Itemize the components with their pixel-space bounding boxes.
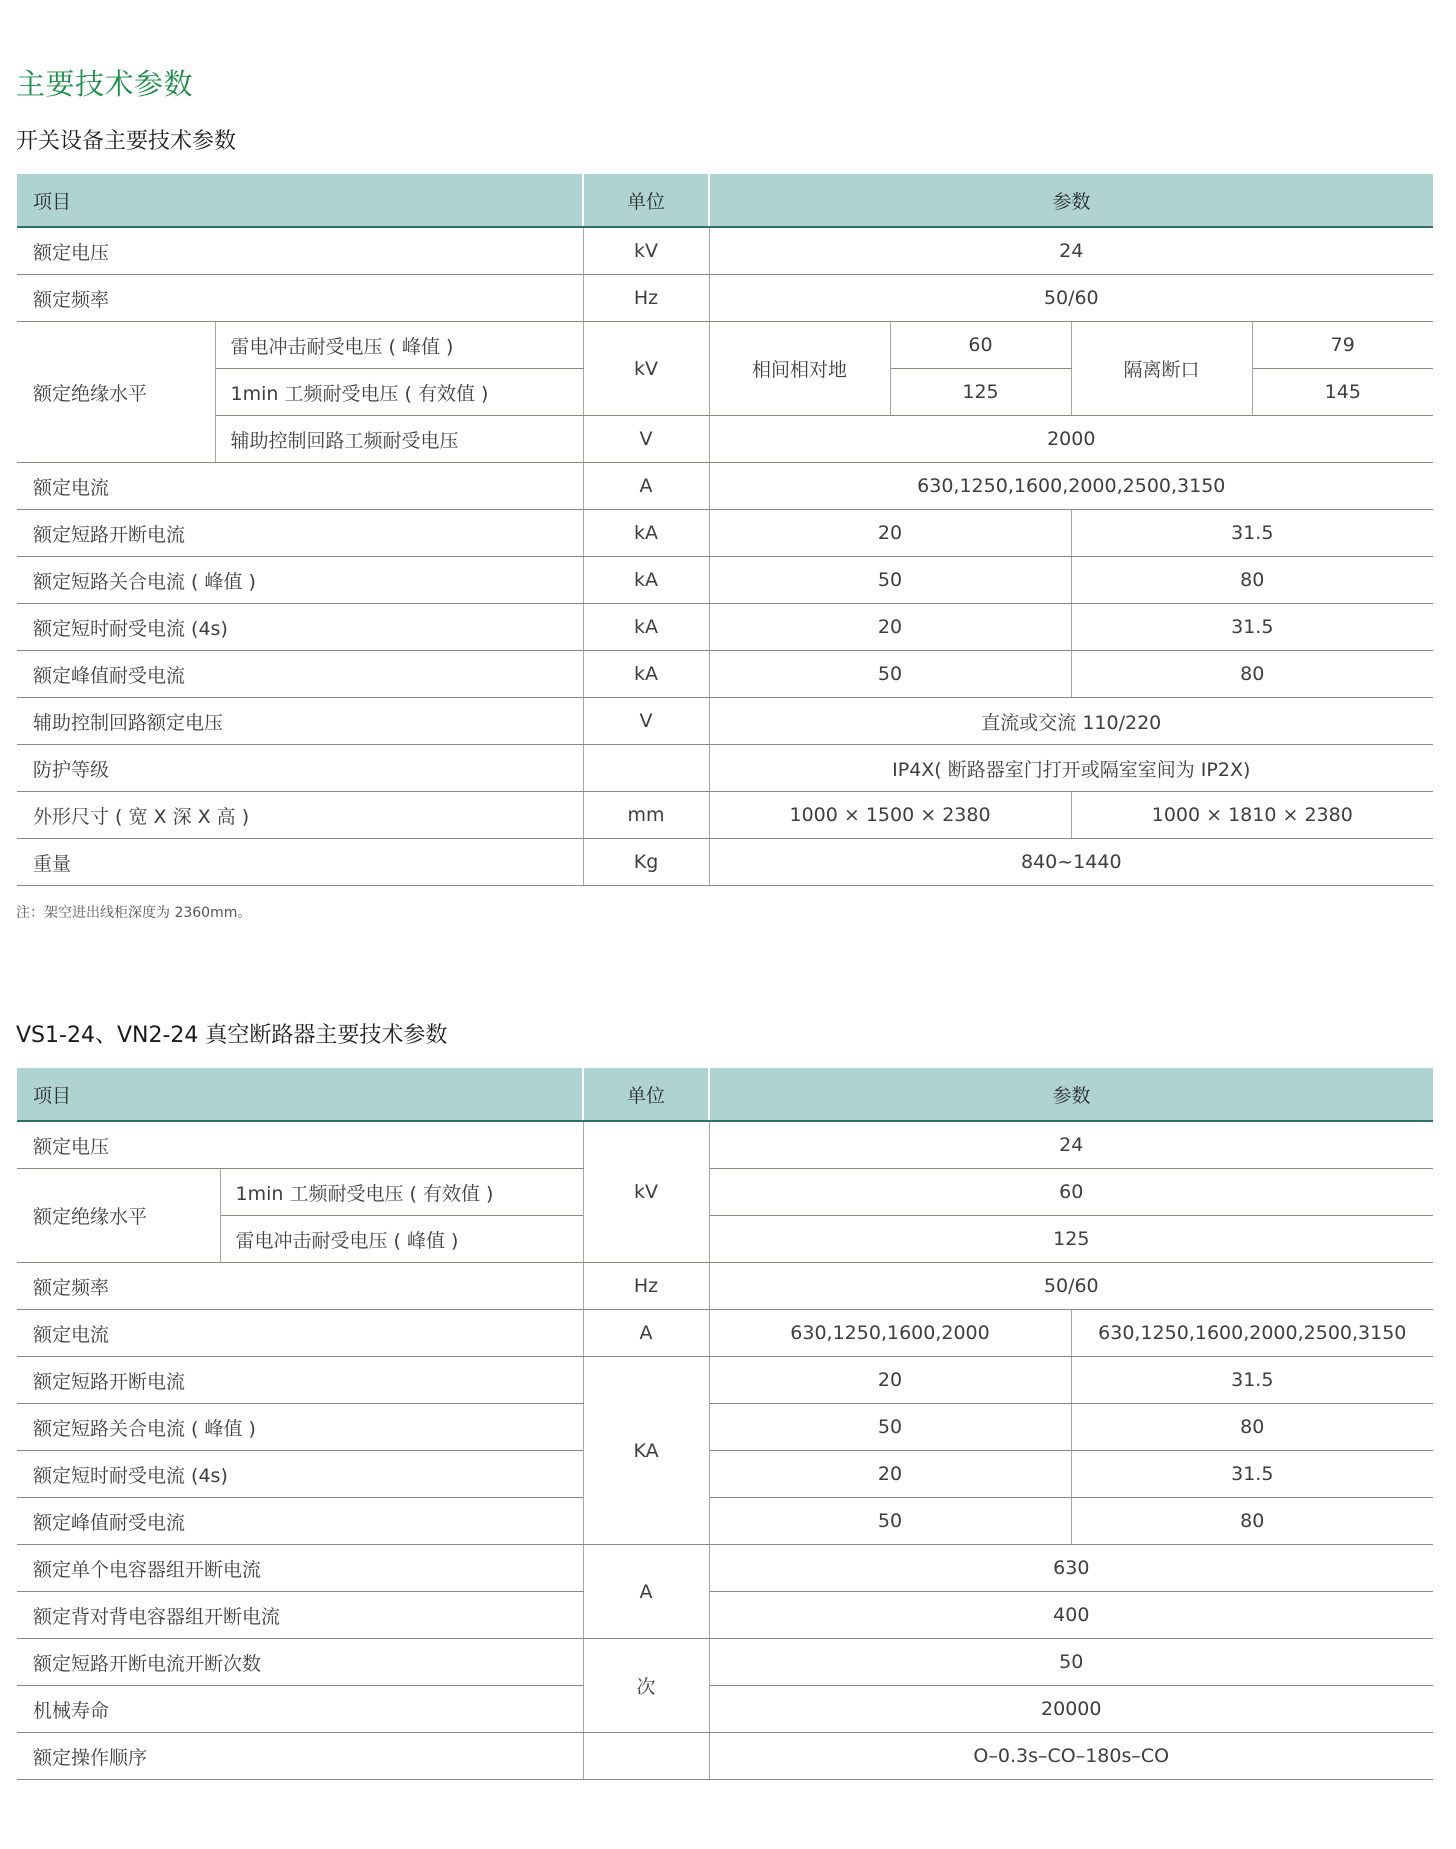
- table-header-row: 项目 单位 参数: [17, 1068, 1433, 1121]
- row-value: 1000 × 1810 × 2380: [1071, 792, 1433, 839]
- sub-row-label: 1min 工频耐受电压 ( 有效值 ): [215, 369, 583, 416]
- row-value: 80: [1071, 1498, 1433, 1545]
- table-row: 额定电压 kV 24: [17, 227, 1433, 275]
- row-label: 额定绝缘水平: [17, 322, 215, 463]
- switchgear-spec-table: 项目 单位 参数 额定电压 kV 24 额定频率 Hz 50/60 额定绝缘水平…: [17, 174, 1433, 886]
- row-unit: kV: [583, 322, 709, 416]
- row-value: 60: [709, 1169, 1433, 1216]
- table-row: 额定频率 Hz 50/60: [17, 1263, 1433, 1310]
- row-label: 额定短路开断电流: [17, 1357, 583, 1404]
- row-unit: [583, 745, 709, 792]
- sub-row-label: 1min 工频耐受电压 ( 有效值 ): [220, 1169, 583, 1216]
- row-unit: Hz: [583, 1263, 709, 1310]
- row-value: 50/60: [709, 275, 1433, 322]
- row-label: 额定频率: [17, 1263, 583, 1310]
- row-label: 辅助控制回路额定电压: [17, 698, 583, 745]
- row-label: 额定频率: [17, 275, 583, 322]
- row-label: 额定短路开断电流: [17, 510, 583, 557]
- row-value: 840~1440: [709, 839, 1433, 886]
- header-unit: 单位: [583, 174, 709, 227]
- row-value: 50: [709, 1639, 1433, 1686]
- table-row: 额定电流 A 630,1250,1600,2000,2500,3150: [17, 463, 1433, 510]
- table-row: 额定单个电容器组开断电流 A 630: [17, 1545, 1433, 1592]
- row-label: 额定电压: [17, 227, 583, 275]
- row-label: 机械寿命: [17, 1686, 583, 1733]
- table-row: 额定背对背电容器组开断电流 400: [17, 1592, 1433, 1639]
- header-param: 参数: [709, 1068, 1433, 1121]
- table-row: 额定绝缘水平 雷电冲击耐受电压 ( 峰值 ) kV 相间相对地 60 隔离断口 …: [17, 322, 1433, 369]
- row-label: 额定短路关合电流 ( 峰值 ): [17, 1404, 583, 1451]
- row-value: 50: [709, 651, 1071, 698]
- table-row: 辅助控制回路额定电压 V 直流或交流 110/220: [17, 698, 1433, 745]
- table-row: 额定短路开断电流 kA 20 31.5: [17, 510, 1433, 557]
- row-label: 外形尺寸 ( 宽 X 深 X 高 ): [17, 792, 583, 839]
- row-unit: kV: [583, 1121, 709, 1263]
- row-label: 额定单个电容器组开断电流: [17, 1545, 583, 1592]
- table-row: 额定短路开断电流开断次数 次 50: [17, 1639, 1433, 1686]
- row-value: 24: [709, 1121, 1433, 1169]
- row-value: 1000 × 1500 × 2380: [709, 792, 1071, 839]
- table-row: 额定绝缘水平 1min 工频耐受电压 ( 有效值 ) 60: [17, 1169, 1433, 1216]
- row-value: 630,1250,1600,2000,2500,3150: [709, 463, 1433, 510]
- table-row: 额定操作顺序 O–0.3s–CO–180s–CO: [17, 1733, 1433, 1780]
- table-row: 雷电冲击耐受电压 ( 峰值 ) 125: [17, 1216, 1433, 1263]
- row-unit: kA: [583, 510, 709, 557]
- row-label: 额定绝缘水平: [17, 1169, 220, 1263]
- row-label: 额定电流: [17, 1310, 583, 1357]
- table-row: 外形尺寸 ( 宽 X 深 X 高 ) mm 1000 × 1500 × 2380…: [17, 792, 1433, 839]
- row-label: 重量: [17, 839, 583, 886]
- row-label: 额定短路关合电流 ( 峰值 ): [17, 557, 583, 604]
- row-unit: KA: [583, 1357, 709, 1545]
- row-value: 31.5: [1071, 1357, 1433, 1404]
- row-unit: kA: [583, 651, 709, 698]
- table-row: 机械寿命 20000: [17, 1686, 1433, 1733]
- row-value: 31.5: [1071, 1451, 1433, 1498]
- row-label: 额定短路开断电流开断次数: [17, 1639, 583, 1686]
- row-value: 2000: [709, 416, 1433, 463]
- row-value: 20: [709, 604, 1071, 651]
- row-value: 630,1250,1600,2000: [709, 1310, 1071, 1357]
- row-label: 额定峰值耐受电流: [17, 1498, 583, 1545]
- row-unit: A: [583, 1310, 709, 1357]
- row-value: 79: [1252, 322, 1433, 369]
- header-item: 项目: [17, 174, 583, 227]
- row-value: 630,1250,1600,2000,2500,3150: [1071, 1310, 1433, 1357]
- row-unit: 次: [583, 1639, 709, 1733]
- row-value: 20: [709, 1451, 1071, 1498]
- row-value: O–0.3s–CO–180s–CO: [709, 1733, 1433, 1780]
- row-unit: kA: [583, 604, 709, 651]
- row-value: 50: [709, 557, 1071, 604]
- row-label: 额定电压: [17, 1121, 583, 1169]
- table-row: 重量 Kg 840~1440: [17, 839, 1433, 886]
- table-row: 额定频率 Hz 50/60: [17, 275, 1433, 322]
- row-value: 400: [709, 1592, 1433, 1639]
- table-note: 注：架空进出线柜深度为 2360mm。: [16, 902, 251, 922]
- row-label: 防护等级: [17, 745, 583, 792]
- row-unit: A: [583, 1545, 709, 1639]
- sub-row-label: 雷电冲击耐受电压 ( 峰值 ): [215, 322, 583, 369]
- phase-to-earth-label: 相间相对地: [709, 322, 890, 416]
- row-value: 125: [890, 369, 1071, 416]
- row-value: 50: [709, 1404, 1071, 1451]
- row-value: 50/60: [709, 1263, 1433, 1310]
- row-value: 31.5: [1071, 604, 1433, 651]
- isolating-gap-label: 隔离断口: [1071, 322, 1252, 416]
- row-label: 额定短时耐受电流 (4s): [17, 604, 583, 651]
- page-title: 主要技术参数: [16, 62, 193, 103]
- row-label: 额定峰值耐受电流: [17, 651, 583, 698]
- row-label: 额定电流: [17, 463, 583, 510]
- table-row: 防护等级 IP4X( 断路器室门打开或隔室室间为 IP2X): [17, 745, 1433, 792]
- row-value: 20: [709, 1357, 1071, 1404]
- row-label: 额定背对背电容器组开断电流: [17, 1592, 583, 1639]
- row-value: 80: [1071, 1404, 1433, 1451]
- table-row: 额定短时耐受电流 (4s) 20 31.5: [17, 1451, 1433, 1498]
- row-value: 31.5: [1071, 510, 1433, 557]
- row-label: 额定操作顺序: [17, 1733, 583, 1780]
- sub-row-label: 辅助控制回路工频耐受电压: [215, 416, 583, 463]
- header-param: 参数: [709, 174, 1433, 227]
- table-row: 额定电流 A 630,1250,1600,2000 630,1250,1600,…: [17, 1310, 1433, 1357]
- row-value: 630: [709, 1545, 1433, 1592]
- table-row: 辅助控制回路工频耐受电压 V 2000: [17, 416, 1433, 463]
- breaker-section-title: VS1-24、VN2-24 真空断路器主要技术参数: [16, 1018, 447, 1049]
- row-value: 24: [709, 227, 1433, 275]
- table-row: 额定短路开断电流 KA 20 31.5: [17, 1357, 1433, 1404]
- row-unit: mm: [583, 792, 709, 839]
- table-row: 额定短路关合电流 ( 峰值 ) 50 80: [17, 1404, 1433, 1451]
- row-value: 80: [1071, 557, 1433, 604]
- row-value: 50: [709, 1498, 1071, 1545]
- row-unit: [583, 1733, 709, 1780]
- row-value: 145: [1252, 369, 1433, 416]
- row-unit: Hz: [583, 275, 709, 322]
- table-row: 额定短路关合电流 ( 峰值 ) kA 50 80: [17, 557, 1433, 604]
- row-value: IP4X( 断路器室门打开或隔室室间为 IP2X): [709, 745, 1433, 792]
- row-unit: Kg: [583, 839, 709, 886]
- switchgear-section-title: 开关设备主要技术参数: [16, 124, 236, 155]
- table-row: 额定短时耐受电流 (4s) kA 20 31.5: [17, 604, 1433, 651]
- row-value: 20: [709, 510, 1071, 557]
- row-value: 125: [709, 1216, 1433, 1263]
- row-unit: V: [583, 416, 709, 463]
- row-unit: V: [583, 698, 709, 745]
- table-row: 额定电压 kV 24: [17, 1121, 1433, 1169]
- table-row: 额定峰值耐受电流 50 80: [17, 1498, 1433, 1545]
- row-label: 额定短时耐受电流 (4s): [17, 1451, 583, 1498]
- header-item: 项目: [17, 1068, 583, 1121]
- table-header-row: 项目 单位 参数: [17, 174, 1433, 227]
- row-value: 直流或交流 110/220: [709, 698, 1433, 745]
- row-unit: A: [583, 463, 709, 510]
- breaker-spec-table: 项目 单位 参数 额定电压 kV 24 额定绝缘水平 1min 工频耐受电压 (…: [17, 1068, 1433, 1780]
- row-value: 80: [1071, 651, 1433, 698]
- sub-row-label: 雷电冲击耐受电压 ( 峰值 ): [220, 1216, 583, 1263]
- table-row: 额定峰值耐受电流 kA 50 80: [17, 651, 1433, 698]
- row-unit: kA: [583, 557, 709, 604]
- row-unit: kV: [583, 227, 709, 275]
- header-unit: 单位: [583, 1068, 709, 1121]
- row-value: 20000: [709, 1686, 1433, 1733]
- row-value: 60: [890, 322, 1071, 369]
